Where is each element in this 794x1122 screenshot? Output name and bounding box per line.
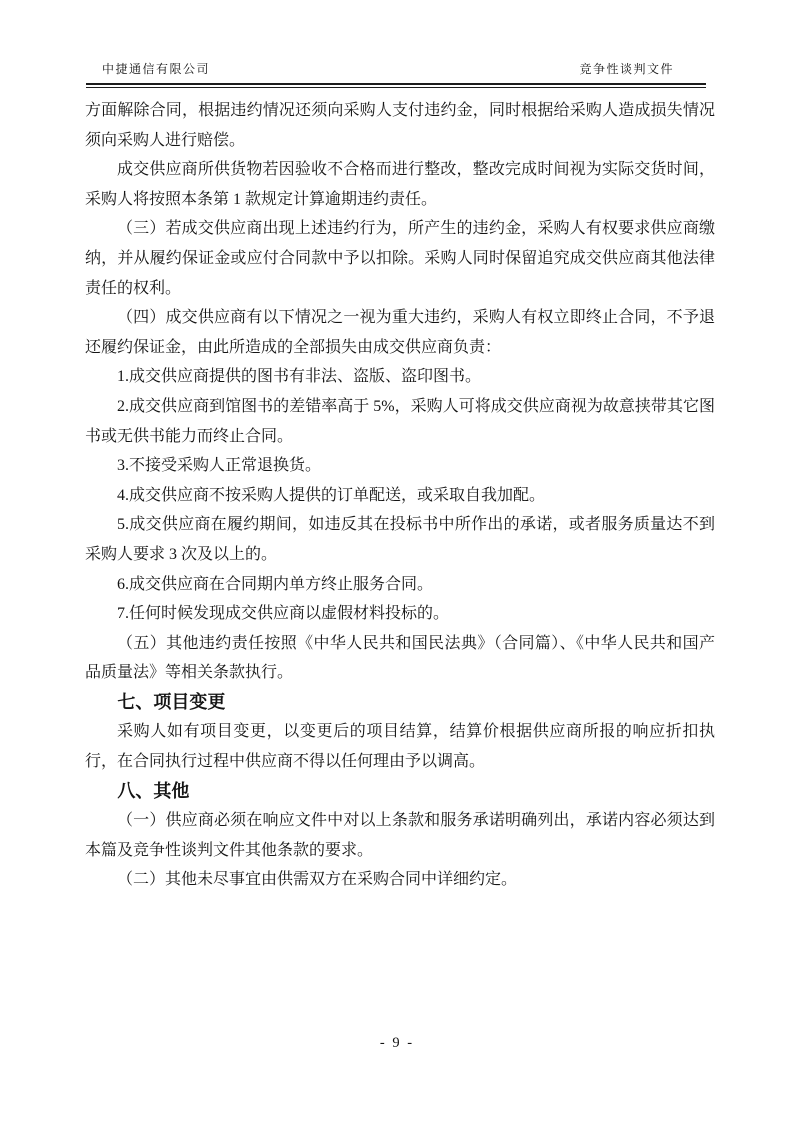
paragraph: 2.成交供应商到馆图书的差错率高于 5%，采购人可将成交供应商视为故意挟带其它图… — [85, 392, 715, 451]
paragraph: 5.成交供应商在履约期间，如违反其在投标书中所作出的承诺，或者服务质量达不到采购… — [85, 510, 715, 569]
header-company-name: 中捷通信有限公司 — [102, 60, 210, 77]
paragraph: 3.不接受采购人正常退换货。 — [85, 451, 715, 481]
paragraph: 7.任何时候发现成交供应商以虚假材料投标的。 — [85, 599, 715, 629]
paragraph: 6.成交供应商在合同期内单方终止服务合同。 — [85, 570, 715, 600]
section-heading: 七、项目变更 — [85, 688, 715, 718]
paragraph: 4.成交供应商不按采购人提供的订单配送，或采取自我加配。 — [85, 481, 715, 511]
paragraph: （二）其他未尽事宜由供需双方在采购合同中详细约定。 — [85, 865, 715, 895]
section-heading: 八、其他 — [85, 777, 715, 807]
header-doc-title: 竞争性谈判文件 — [579, 60, 674, 77]
paragraph: （一）供应商必须在响应文件中对以上条款和服务承诺明确列出，承诺内容必须达到本篇及… — [85, 806, 715, 865]
paragraph: （四）成交供应商有以下情况之一视为重大违约，采购人有权立即终止合同，不予退还履约… — [85, 303, 715, 362]
paragraph: （三）若成交供应商出现上述违约行为，所产生的违约金，采购人有权要求供应商缴纳，并… — [85, 214, 715, 303]
paragraph: 采购人如有项目变更，以变更后的项目结算，结算价根据供应商所报的响应折扣执行，在合… — [85, 717, 715, 776]
page-number: - 9 - — [0, 1035, 794, 1052]
page-header: 中捷通信有限公司 竞争性谈判文件 — [86, 60, 706, 88]
header-divider — [86, 83, 706, 88]
document-body: 方面解除合同，根据违约情况还须向采购人支付违约金，同时根据给采购人造成损失情况须… — [85, 96, 715, 895]
paragraph: 方面解除合同，根据违约情况还须向采购人支付违约金，同时根据给采购人造成损失情况须… — [85, 96, 715, 155]
document-page: 中捷通信有限公司 竞争性谈判文件 方面解除合同，根据违约情况还须向采购人支付违约… — [0, 0, 794, 1122]
paragraph: 成交供应商所供货物若因验收不合格而进行整改，整改完成时间视为实际交货时间，采购人… — [85, 155, 715, 214]
paragraph: （五）其他违约责任按照《中华人民共和国民法典》（合同篇）、《中华人民共和国产品质… — [85, 629, 715, 688]
paragraph: 1.成交供应商提供的图书有非法、盗版、盗印图书。 — [85, 362, 715, 392]
